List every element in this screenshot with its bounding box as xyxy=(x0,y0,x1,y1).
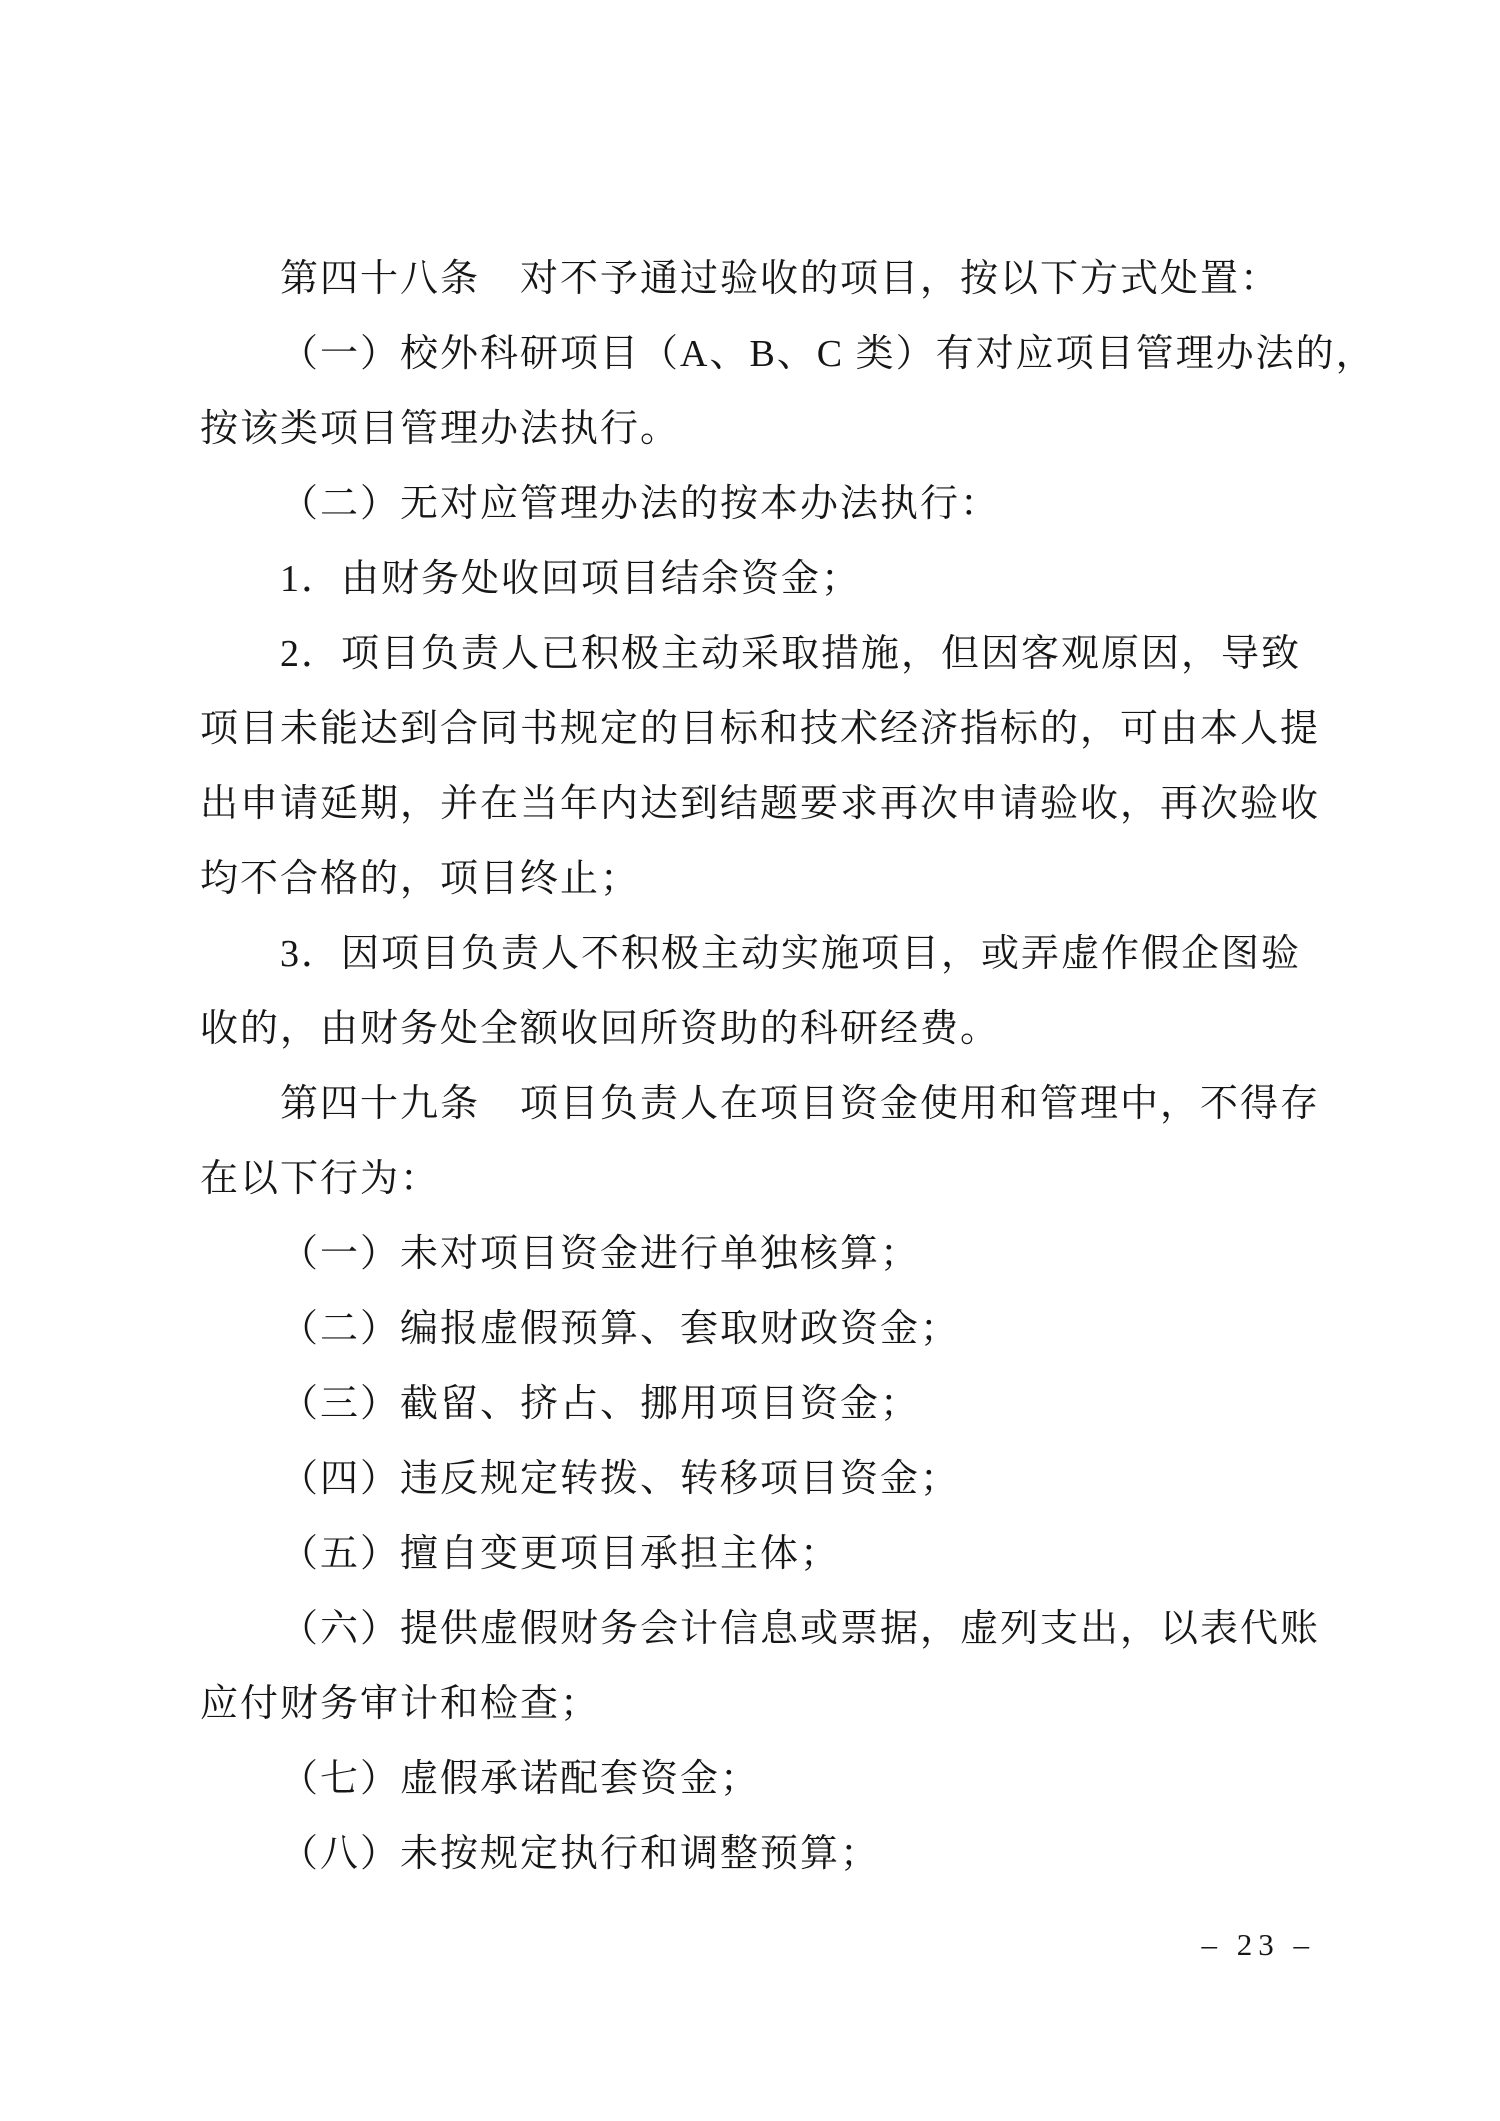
subitem-2-line-4: 均不合格的，项目终止； xyxy=(200,842,1325,917)
behavior-item-6-line-2: 应付财务审计和检查； xyxy=(200,1667,1325,1742)
subitem-3-line-2: 收的，由财务处全额收回所资助的科研经费。 xyxy=(200,992,1325,1067)
document-page: 第四十八条 对不予通过验收的项目，按以下方式处置： （一）校外科研项目（A、B、… xyxy=(0,0,1500,2121)
page-number: – 23 – xyxy=(1202,1927,1316,1962)
subitem-3-line-1: 3．因项目负责人不积极主动实施项目，或弄虚作假企图验 xyxy=(200,917,1325,992)
behavior-item-4-line: （四）违反规定转拨、转移项目资金； xyxy=(200,1442,1325,1517)
behavior-item-5-line: （五）擅自变更项目承担主体； xyxy=(200,1517,1325,1592)
subitem-2-line-3: 出申请延期，并在当年内达到结题要求再次申请验收，再次验收 xyxy=(200,767,1325,842)
behavior-item-1-line: （一）未对项目资金进行单独核算； xyxy=(200,1217,1325,1292)
subitem-1-line: 1．由财务处收回项目结余资金； xyxy=(200,542,1325,617)
item-2-heading-line: （二）无对应管理办法的按本办法执行： xyxy=(200,467,1325,542)
subitem-2-line-2: 项目未能达到合同书规定的目标和技术经济指标的，可由本人提 xyxy=(200,692,1325,767)
document-body: 第四十八条 对不予通过验收的项目，按以下方式处置： （一）校外科研项目（A、B、… xyxy=(200,242,1325,1892)
article-48-heading-line: 第四十八条 对不予通过验收的项目，按以下方式处置： xyxy=(200,242,1325,317)
behavior-item-2-line: （二）编报虚假预算、套取财政资金； xyxy=(200,1292,1325,1367)
article-49-heading-line-2: 在以下行为： xyxy=(200,1142,1325,1217)
behavior-item-6-line-1: （六）提供虚假财务会计信息或票据，虚列支出，以表代账 xyxy=(200,1592,1325,1667)
behavior-item-3-line: （三）截留、挤占、挪用项目资金； xyxy=(200,1367,1325,1442)
item-1-line-1: （一）校外科研项目（A、B、C 类）有对应项目管理办法的， xyxy=(200,317,1325,392)
page-footer: – 23 – xyxy=(0,1925,1315,1965)
subitem-2-line-1: 2．项目负责人已积极主动采取措施，但因客观原因，导致 xyxy=(200,617,1325,692)
item-1-line-2: 按该类项目管理办法执行。 xyxy=(200,392,1325,467)
article-49-heading-line: 第四十九条 项目负责人在项目资金使用和管理中，不得存 xyxy=(200,1067,1325,1142)
behavior-item-8-line: （八）未按规定执行和调整预算； xyxy=(200,1817,1325,1892)
behavior-item-7-line: （七）虚假承诺配套资金； xyxy=(200,1742,1325,1817)
